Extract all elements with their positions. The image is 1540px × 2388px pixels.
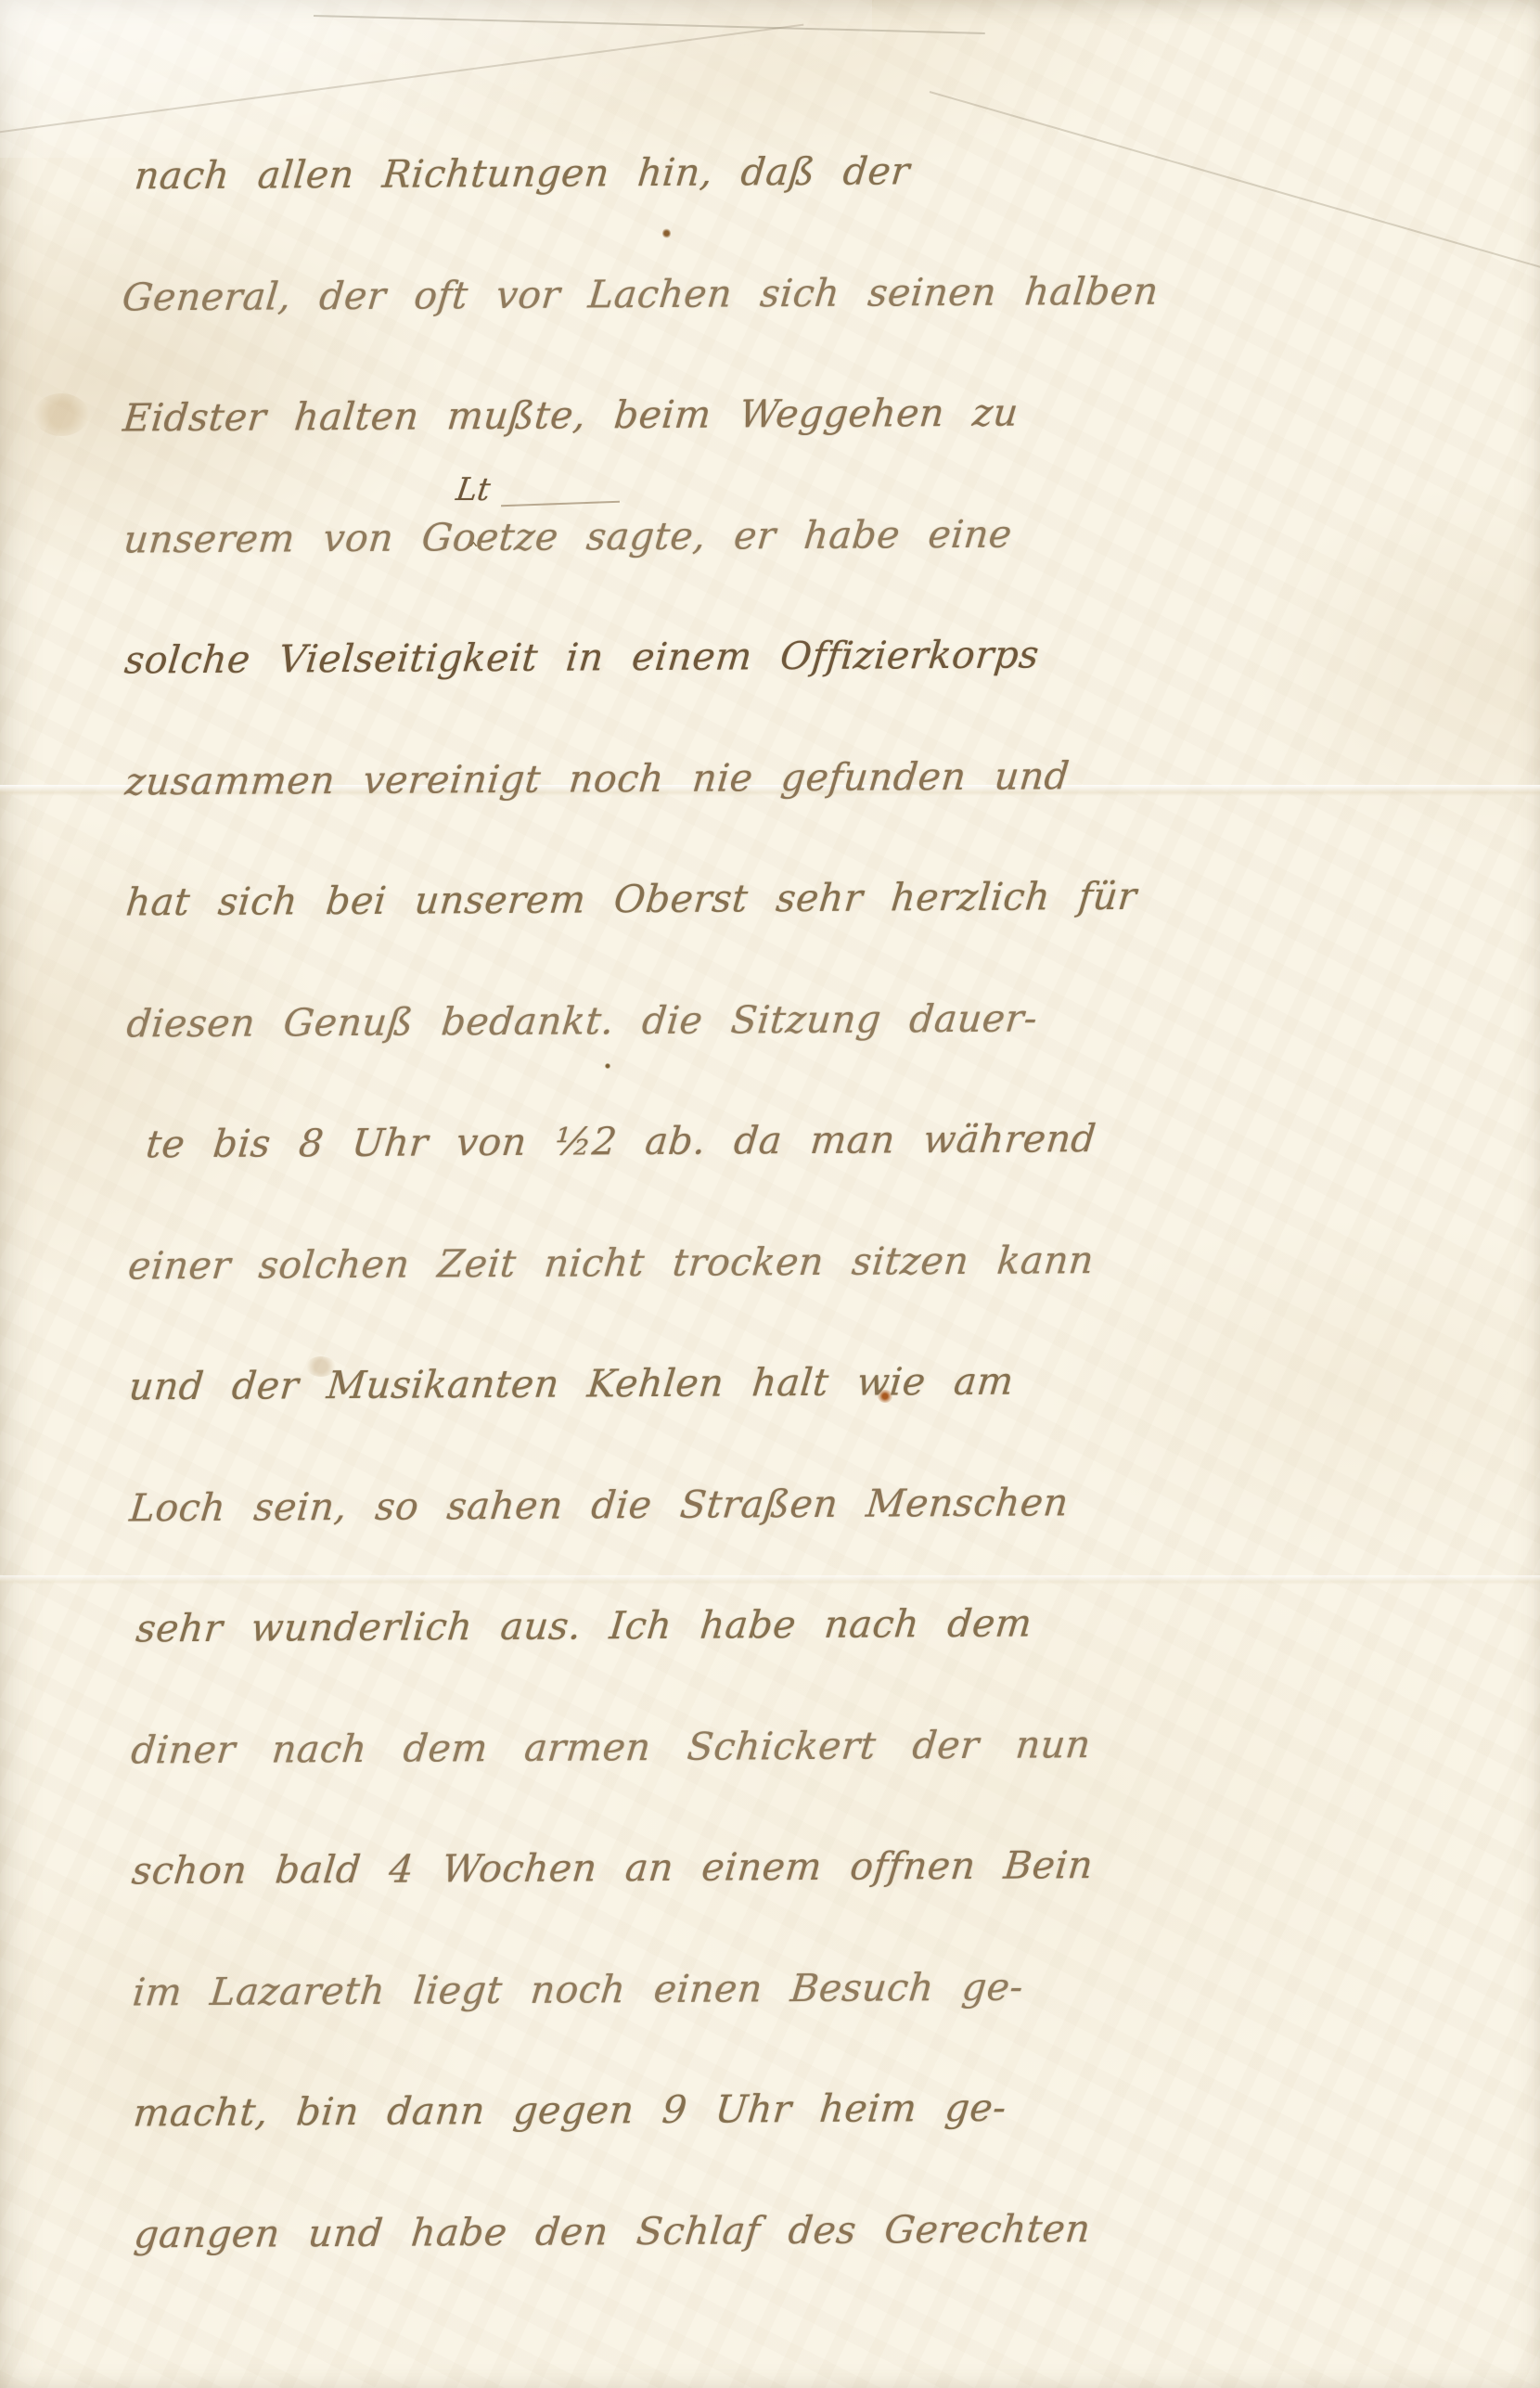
handwriting-line: hat sich bei unserem Oberst sehr herzlic…	[121, 834, 1487, 964]
handwriting-line: gangen und habe den Schlaf des Gerechten	[128, 2165, 1495, 2295]
insertion-caret-mark: ‸	[469, 520, 478, 547]
handwriting-line: und der Musikanten Kehlen halt wie am	[123, 1317, 1490, 1447]
handwriting-line: unserem von Goetze sagte, er habe eine	[118, 470, 1484, 599]
handwriting-line: General, der oft vor Lachen sich seinen …	[117, 228, 1483, 357]
handwriting-line: zusammen vereinigt noch nie gefunden und	[120, 713, 1486, 841]
handwriting-line: sehr wunderlich aus. Ich habe nach dem	[124, 1560, 1491, 1689]
handwriting-line: diesen Genuß bedankt. die Sitzung dauer-	[121, 955, 1487, 1085]
handwriting-line: te bis 8 Uhr von ½2 ab. da man während	[122, 1076, 1488, 1206]
handwriting-line: diner nach dem armen Schickert der nun	[125, 1681, 1492, 1810]
handwriting-line: nach allen Richtungen hin, daß der	[116, 108, 1482, 237]
interlinear-insertion: Lt	[454, 471, 493, 508]
handwritten-text-block: nach allen Richtungen hin, daß der Gener…	[122, 108, 1489, 2295]
handwriting-line: Loch sein, so sahen die Straßen Menschen	[124, 1439, 1491, 1569]
letter-scan-page: nach allen Richtungen hin, daß der Gener…	[0, 0, 1540, 2388]
handwriting-line: solche Vielseitigkeit in einem Offizierk…	[119, 592, 1485, 721]
handwriting-line: macht, bin dann gegen 9 Uhr heim ge-	[128, 2044, 1495, 2174]
paper-stain	[33, 393, 89, 436]
handwriting-line: einer solchen Zeit nicht trocken sitzen …	[122, 1197, 1489, 1327]
handwriting-line: Eidster halten mußte, beim Weggehen zu	[117, 350, 1483, 479]
handwriting-line: schon bald 4 Wochen an einem offnen Bein	[126, 1802, 1493, 1931]
handwriting-line: im Lazareth liegt noch einen Besuch ge-	[127, 1923, 1494, 2053]
